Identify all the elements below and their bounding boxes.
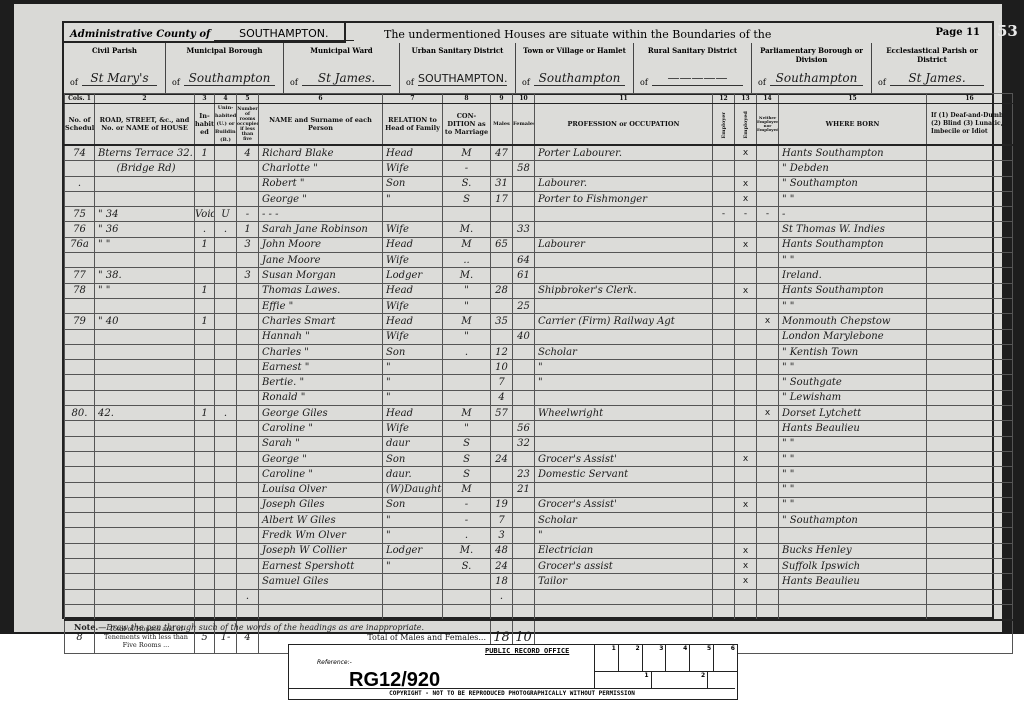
rooms — [237, 283, 259, 298]
area-civil-parish: Civil Parish of St Mary's — [64, 43, 166, 93]
table-row: 74Bterns Terrace 32.14Richard BlakeHeadM… — [65, 145, 1013, 161]
of-label: of — [758, 78, 766, 87]
person-name: Effie " — [259, 298, 383, 313]
condition: M — [443, 314, 491, 329]
inhabited — [195, 436, 215, 451]
infirmity — [927, 145, 1013, 161]
condition: - — [443, 497, 491, 512]
rooms — [237, 253, 259, 268]
area-value: Southampton — [770, 71, 863, 86]
employer-mark — [713, 360, 735, 375]
rooms — [237, 298, 259, 313]
age-male — [491, 329, 513, 344]
schedule-number: 77 — [65, 268, 95, 283]
ruler-mark: 4 — [666, 645, 690, 671]
road-address: " " — [95, 283, 195, 298]
where-born: Ireland. — [779, 268, 927, 283]
infirmity — [927, 207, 1013, 222]
employed-mark — [735, 390, 757, 405]
where-born: " Debden — [779, 161, 927, 176]
rooms — [237, 176, 259, 191]
inhabited — [195, 528, 215, 543]
schedule-number — [65, 253, 95, 268]
where-born: " Southampton — [779, 176, 927, 191]
schedule-number — [65, 344, 95, 359]
infirmity — [927, 329, 1013, 344]
employed-mark — [735, 375, 757, 390]
road-address — [95, 467, 195, 482]
uninhabited — [215, 482, 237, 497]
rooms — [237, 314, 259, 329]
infirmity — [927, 283, 1013, 298]
header-males: Males — [491, 104, 513, 146]
road-address — [95, 513, 195, 528]
age-female — [513, 176, 535, 191]
occupation: Labourer — [535, 237, 713, 252]
employer-mark — [713, 329, 735, 344]
employer-mark — [713, 451, 735, 466]
relation: Head — [383, 237, 443, 252]
rooms — [237, 329, 259, 344]
census-form: Administrative County of SOUTHAMPTON. Th… — [62, 21, 994, 619]
schedule-number — [65, 375, 95, 390]
employed-mark: x — [735, 559, 757, 574]
person-name — [259, 589, 383, 604]
uninhabited — [215, 344, 237, 359]
infirmity — [927, 298, 1013, 313]
occupation: Wheelwright — [535, 406, 713, 421]
age-female — [513, 207, 535, 222]
person-name: Fredk Wm Olver — [259, 528, 383, 543]
uninhabited — [215, 543, 237, 558]
uninhabited — [215, 375, 237, 390]
inhabited — [195, 543, 215, 558]
where-born: " Southampton — [779, 513, 927, 528]
condition: M. — [443, 268, 491, 283]
person-name: George " — [259, 451, 383, 466]
occupation — [535, 604, 713, 620]
inhabited — [195, 513, 215, 528]
uninhabited — [215, 467, 237, 482]
person-name: Earnest Spershott — [259, 559, 383, 574]
age-female — [513, 283, 535, 298]
infirmity — [927, 390, 1013, 405]
rooms — [237, 161, 259, 176]
road-address — [95, 298, 195, 313]
occupation: Porter Labourer. — [535, 145, 713, 161]
uninhabited — [215, 390, 237, 405]
neither-mark — [757, 344, 779, 359]
note-text: —Draw the pen through such of the words … — [98, 623, 424, 632]
rooms: 3 — [237, 268, 259, 283]
table-row: George "SonS24Grocer's Assist'x" " — [65, 451, 1013, 466]
col-num: 15 — [779, 94, 927, 104]
where-born: " " — [779, 360, 927, 375]
relation: Wife — [383, 329, 443, 344]
relation: Son — [383, 176, 443, 191]
col-num: 10 — [513, 94, 535, 104]
neither-mark — [757, 375, 779, 390]
schedule-number — [65, 604, 95, 620]
occupation — [535, 329, 713, 344]
uninhabited — [215, 268, 237, 283]
neither-mark: x — [757, 314, 779, 329]
folio-stamp: 53 — [997, 22, 1018, 40]
employer-mark — [713, 375, 735, 390]
person-name: Hannah " — [259, 329, 383, 344]
occupation — [535, 589, 713, 604]
employer-mark — [713, 145, 735, 161]
condition: .. — [443, 253, 491, 268]
infirmity — [927, 191, 1013, 206]
inhabited — [195, 191, 215, 206]
schedule-number — [65, 559, 95, 574]
condition: M — [443, 237, 491, 252]
schedule-number — [65, 191, 95, 206]
table-row: 79" 401Charles SmartHeadM35Carrier (Firm… — [65, 314, 1013, 329]
road-address — [95, 451, 195, 466]
infirmity — [927, 559, 1013, 574]
relation: (W)Daughter — [383, 482, 443, 497]
age-male — [491, 482, 513, 497]
employed-mark — [735, 406, 757, 421]
infirmity — [927, 237, 1013, 252]
relation: " — [383, 191, 443, 206]
road-address: Bterns Terrace 32. — [95, 145, 195, 161]
neither-mark — [757, 390, 779, 405]
occupation: Grocer's Assist' — [535, 451, 713, 466]
road-address — [95, 390, 195, 405]
table-row: Albert W Giles"-7Scholar" Southampton — [65, 513, 1013, 528]
rooms — [237, 497, 259, 512]
age-male: 19 — [491, 497, 513, 512]
person-name: George " — [259, 191, 383, 206]
col-num: 9 — [491, 94, 513, 104]
employer-mark: - — [713, 207, 735, 222]
inhabited — [195, 253, 215, 268]
age-male: 18 — [491, 574, 513, 589]
ruler-inches: 1 2 3 4 5 6 — [595, 645, 738, 672]
relation: " — [383, 360, 443, 375]
table-row: Earnest ""10"" " — [65, 360, 1013, 375]
age-male — [491, 298, 513, 313]
rooms — [237, 375, 259, 390]
infirmity — [927, 436, 1013, 451]
age-female — [513, 604, 535, 620]
road-address — [95, 360, 195, 375]
table-row: Samuel Giles18TailorxHants Beaulieu — [65, 574, 1013, 589]
road-address — [95, 253, 195, 268]
age-male — [491, 207, 513, 222]
uninhabited — [215, 451, 237, 466]
inhabited — [195, 482, 215, 497]
age-male: 7 — [491, 375, 513, 390]
schedule-number — [65, 528, 95, 543]
relation: " — [383, 559, 443, 574]
person-name: Charles " — [259, 344, 383, 359]
employed-mark — [735, 344, 757, 359]
infirmity — [927, 421, 1013, 436]
area-label: Town or Village or Hamlet — [516, 46, 633, 55]
area-value: St James. — [890, 71, 984, 86]
employer-mark — [713, 482, 735, 497]
where-born — [779, 528, 927, 543]
age-male — [491, 436, 513, 451]
area-label: Municipal Ward — [284, 46, 399, 55]
schedule-number: 78 — [65, 283, 95, 298]
infirmity — [927, 604, 1013, 620]
employer-mark — [713, 314, 735, 329]
table-row: Bertie. ""7"" Southgate — [65, 375, 1013, 390]
person-name: Robert " — [259, 176, 383, 191]
age-male — [491, 604, 513, 620]
condition: . — [443, 528, 491, 543]
road-address: " 40 — [95, 314, 195, 329]
rooms — [237, 421, 259, 436]
rooms — [237, 191, 259, 206]
where-born: " " — [779, 253, 927, 268]
inhabited: Void — [195, 207, 215, 222]
employed-mark: x — [735, 497, 757, 512]
schedule-number: 76a — [65, 237, 95, 252]
header-schedule: No. of Schedule — [65, 104, 95, 146]
reference-strip: PUBLIC RECORD OFFICE Reference:- RG12/92… — [278, 636, 738, 704]
neither-mark — [757, 574, 779, 589]
header-neither: Neither Employer nor Employed — [757, 104, 779, 146]
condition: . — [443, 344, 491, 359]
condition: - — [443, 161, 491, 176]
rooms — [237, 436, 259, 451]
uninhabited — [215, 604, 237, 620]
occupation — [535, 253, 713, 268]
schedule-number — [65, 329, 95, 344]
header-where-born: WHERE BORN — [779, 104, 927, 146]
col-num: 13 — [735, 94, 757, 104]
neither-mark — [757, 482, 779, 497]
condition: " — [443, 298, 491, 313]
ruler-cm: 1 2 — [595, 672, 738, 689]
condition — [443, 360, 491, 375]
age-male: 12 — [491, 344, 513, 359]
occupation: Scholar — [535, 344, 713, 359]
col-num: 8 — [443, 94, 491, 104]
road-address — [95, 482, 195, 497]
age-male — [491, 253, 513, 268]
employer-mark — [713, 604, 735, 620]
relation: Son — [383, 451, 443, 466]
where-born: Bucks Henley — [779, 543, 927, 558]
person-name: Joseph Giles — [259, 497, 383, 512]
neither-mark — [757, 298, 779, 313]
schedule-number: 75 — [65, 207, 95, 222]
person-name: Joseph W Collier — [259, 543, 383, 558]
where-born: " " — [779, 451, 927, 466]
age-female — [513, 191, 535, 206]
table-row: George ""S17Porter to Fishmongerx" " — [65, 191, 1013, 206]
uninhabited — [215, 421, 237, 436]
table-row: 76a" "13John MooreHeadM65LabourerxHants … — [65, 237, 1013, 252]
header-females: Females — [513, 104, 535, 146]
where-born — [779, 604, 927, 620]
rooms — [237, 360, 259, 375]
occupation — [535, 298, 713, 313]
condition — [443, 604, 491, 620]
area-value: SOUTHAMPTON. — [418, 72, 507, 86]
inhabited — [195, 604, 215, 620]
inhabited — [195, 497, 215, 512]
employed-mark — [735, 360, 757, 375]
condition: S. — [443, 176, 491, 191]
age-female: 61 — [513, 268, 535, 283]
occupation: Grocer's assist — [535, 559, 713, 574]
table-row: Jane MooreWife..64" " — [65, 253, 1013, 268]
road-address — [95, 543, 195, 558]
occupation: Carrier (Firm) Railway Agt — [535, 314, 713, 329]
rooms: 4 — [237, 145, 259, 161]
schedule-number — [65, 451, 95, 466]
table-row: 76" 36..1Sarah Jane RobinsonWifeM.33St T… — [65, 222, 1013, 237]
neither-mark — [757, 513, 779, 528]
age-male: . — [491, 589, 513, 604]
schedule-number: 79 — [65, 314, 95, 329]
condition: S — [443, 191, 491, 206]
area-label: Parliamentary Borough or Division — [752, 46, 871, 64]
age-female — [513, 528, 535, 543]
infirmity — [927, 528, 1013, 543]
inhabited — [195, 467, 215, 482]
uninhabited — [215, 314, 237, 329]
age-male: 65 — [491, 237, 513, 252]
where-born: St Thomas W. Indies — [779, 222, 927, 237]
employer-mark — [713, 176, 735, 191]
road-address — [95, 604, 195, 620]
employed-mark — [735, 421, 757, 436]
infirmity — [927, 176, 1013, 191]
occupation — [535, 482, 713, 497]
employed-mark: x — [735, 145, 757, 161]
age-female: 58 — [513, 161, 535, 176]
where-born: Suffolk Ipswich — [779, 559, 927, 574]
occupation — [535, 161, 713, 176]
person-name: - - - — [259, 207, 383, 222]
ruler-mark: 6 — [714, 645, 738, 671]
employer-mark — [713, 298, 735, 313]
table-row: Charles "Son.12Scholar" Kentish Town — [65, 344, 1013, 359]
condition: M — [443, 482, 491, 497]
schedule-number — [65, 589, 95, 604]
area-value: St James. — [302, 71, 391, 86]
col-num: 5 — [237, 94, 259, 104]
uninhabited — [215, 161, 237, 176]
road-address — [95, 497, 195, 512]
inhabited — [195, 375, 215, 390]
rooms — [237, 482, 259, 497]
ruler-mark: 5 — [690, 645, 714, 671]
age-female: 33 — [513, 222, 535, 237]
schedule-number — [65, 298, 95, 313]
where-born: Dorset Lytchett — [779, 406, 927, 421]
age-female: 25 — [513, 298, 535, 313]
table-row: 80.42.1.George GilesHeadM57WheelwrightxD… — [65, 406, 1013, 421]
inhabited — [195, 344, 215, 359]
relation: Wife — [383, 222, 443, 237]
relation — [383, 604, 443, 620]
uninhabited — [215, 360, 237, 375]
relation: Lodger — [383, 543, 443, 558]
employed-mark: x — [735, 237, 757, 252]
occupation: " — [535, 528, 713, 543]
neither-mark — [757, 604, 779, 620]
condition — [443, 375, 491, 390]
area-value: Southampton — [534, 71, 625, 86]
relation: Wife — [383, 298, 443, 313]
rooms: 1 — [237, 222, 259, 237]
relation: Head — [383, 145, 443, 161]
road-address — [95, 528, 195, 543]
col-num: 14 — [757, 94, 779, 104]
table-row: Joseph GilesSon-19Grocer's Assist'x" " — [65, 497, 1013, 512]
person-name: Ronald " — [259, 390, 383, 405]
inhabited — [195, 298, 215, 313]
rooms: - — [237, 207, 259, 222]
infirmity — [927, 574, 1013, 589]
table-row: Sarah "daurS32" " — [65, 436, 1013, 451]
employer-mark — [713, 406, 735, 421]
inhabited — [195, 574, 215, 589]
employed-mark — [735, 589, 757, 604]
age-female — [513, 559, 535, 574]
road-address: " " — [95, 237, 195, 252]
col-num: Cols. 1 — [65, 94, 95, 104]
occupation: Labourer. — [535, 176, 713, 191]
employer-mark — [713, 344, 735, 359]
relation — [383, 574, 443, 589]
age-female — [513, 589, 535, 604]
uninhabited — [215, 237, 237, 252]
road-address — [95, 375, 195, 390]
table-row: 75" 34VoidU-- - ----- — [65, 207, 1013, 222]
age-male — [491, 222, 513, 237]
condition: M. — [443, 543, 491, 558]
neither-mark — [757, 467, 779, 482]
where-born: " " — [779, 298, 927, 313]
uninhabited: . — [215, 406, 237, 421]
employer-mark — [713, 237, 735, 252]
area-ecclesiastical-parish: Ecclesiastical Parish or District of St … — [872, 43, 992, 93]
employed-mark — [735, 314, 757, 329]
employed-mark — [735, 298, 757, 313]
person-name — [259, 604, 383, 620]
where-born: " " — [779, 467, 927, 482]
person-name: Thomas Lawes. — [259, 283, 383, 298]
occupation — [535, 268, 713, 283]
person-name: Charles Smart — [259, 314, 383, 329]
uninhabited — [215, 528, 237, 543]
person-name: Richard Blake — [259, 145, 383, 161]
reference-label: Reference:- — [317, 659, 352, 666]
where-born: Hants Beaulieu — [779, 421, 927, 436]
note-prefix: Note. — [74, 622, 98, 632]
road-address — [95, 191, 195, 206]
condition — [443, 390, 491, 405]
person-name: Caroline " — [259, 467, 383, 482]
schedule-number — [65, 421, 95, 436]
neither-mark — [757, 528, 779, 543]
person-name: Albert W Giles — [259, 513, 383, 528]
table-row: .Robert "SonS.31Labourer.x" Southampton — [65, 176, 1013, 191]
where-born: London Marylebone — [779, 329, 927, 344]
schedule-number: 74 — [65, 145, 95, 161]
